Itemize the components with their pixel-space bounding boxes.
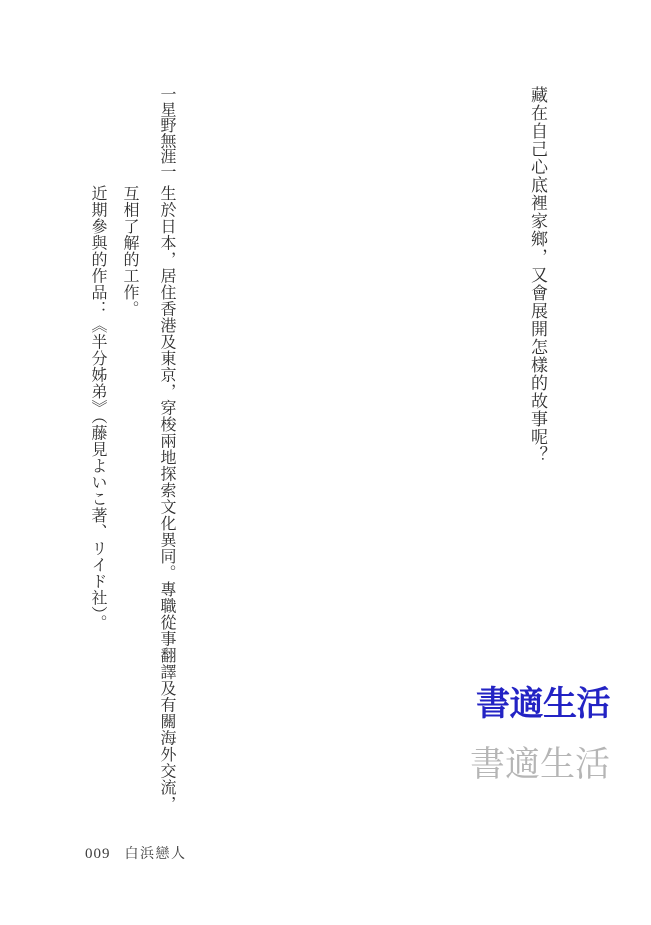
author-bio-col2: 互相了解的工作。 (121, 185, 137, 317)
author-bio-col1: 生於日本，居住香港及東京，穿梭兩地探索文化異同。專職從事翻譯及有關海外交流， (158, 185, 174, 812)
book-title: 白浜戀人 (125, 847, 187, 862)
page-number: 009 (85, 846, 111, 862)
page-footer: 009白浜戀人 (85, 845, 187, 864)
author-bio-col3: 近期參與的作品：《半分姊弟》（藤見よいこ著、リイド社）。 (89, 185, 105, 631)
publisher-watermark: 書適生活 (470, 746, 610, 785)
quote-text: 藏在自己心底裡家鄉，又會展開怎樣的故事呢？ (529, 86, 546, 464)
author-name: 一星野無涯一 (158, 86, 174, 179)
publisher-logo-link[interactable]: 書適生活 (476, 686, 610, 723)
book-page: 藏在自己心底裡家鄉，又會展開怎樣的故事呢？ 一星野無涯一 生於日本，居住香港及東… (0, 0, 651, 925)
